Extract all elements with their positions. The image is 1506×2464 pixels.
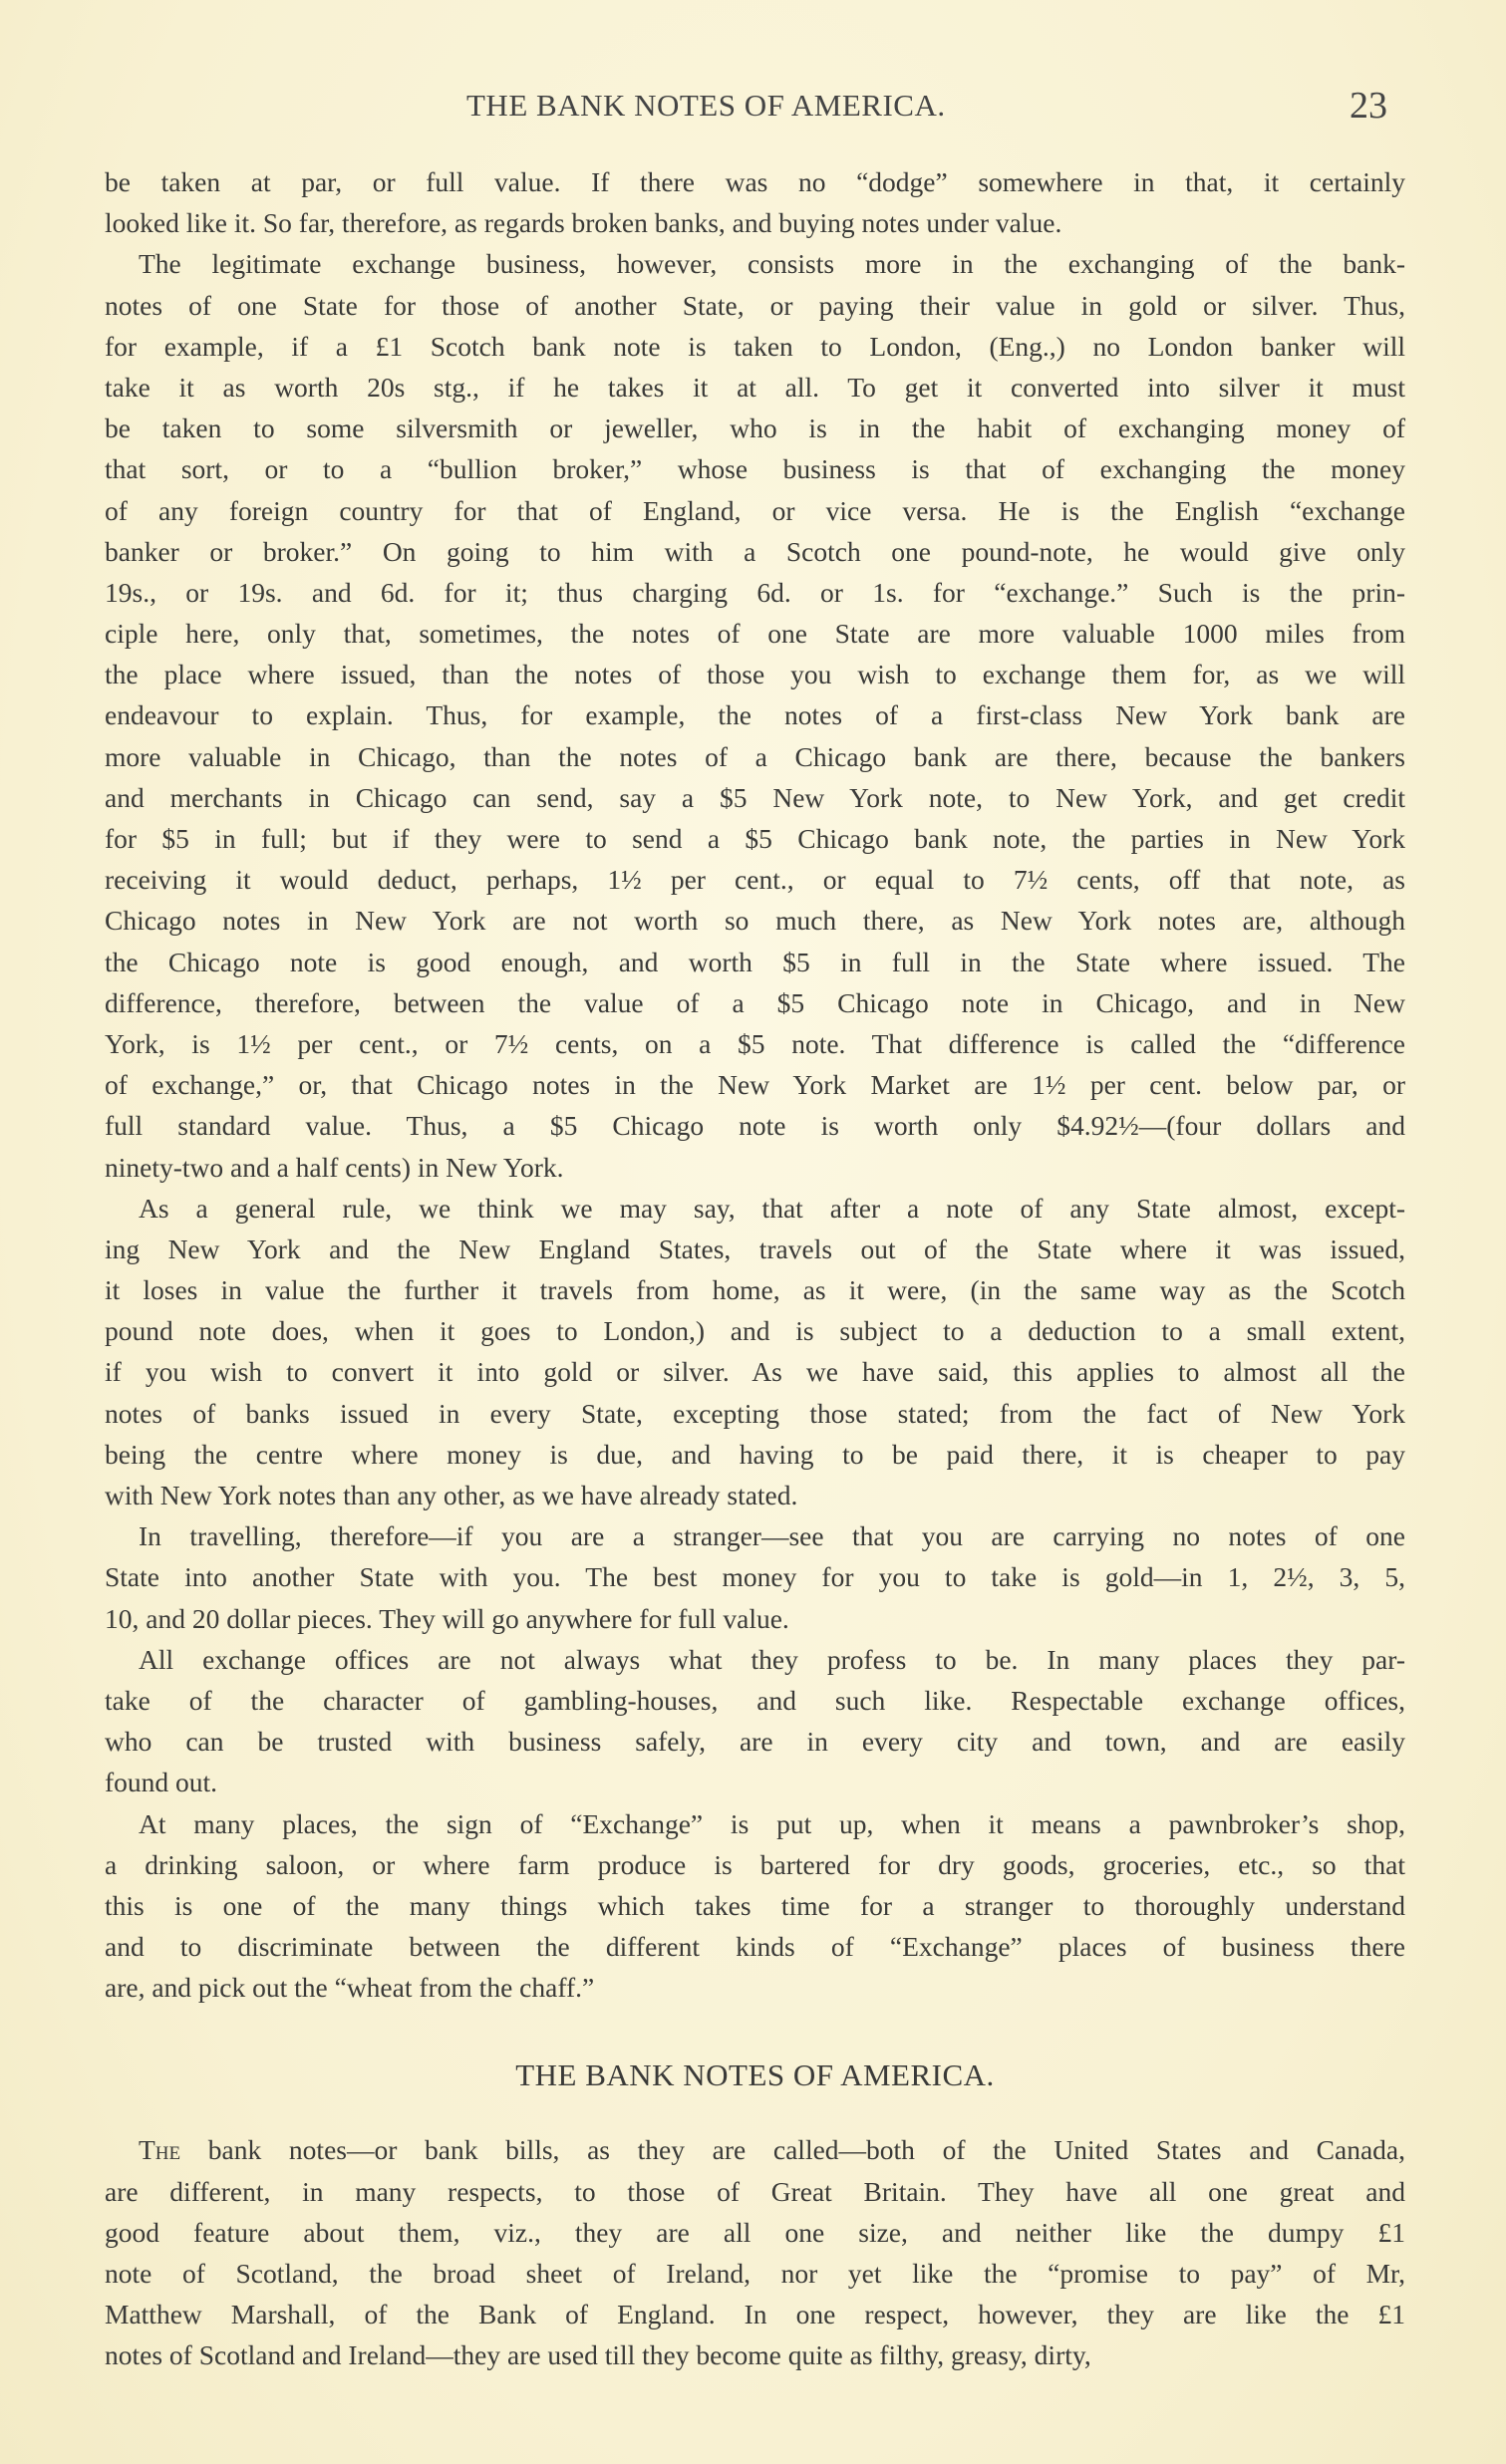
text-line: All exchange offices are not always what…	[105, 1639, 1405, 1680]
paragraph: At many places, the sign of “Exchange” i…	[105, 1803, 1405, 2009]
text-line: are, and pick out the “wheat from the ch…	[105, 1967, 1405, 2008]
text-line: more valuable in Chicago, than the notes…	[105, 736, 1405, 777]
paragraph: In travelling, therefore—if you are a st…	[105, 1515, 1405, 1639]
text-line: looked like it. So far, therefore, as re…	[105, 202, 1405, 243]
paragraph: As a general rule, we think we may say, …	[105, 1188, 1405, 1516]
text-line: that sort, or to a “bullion broker,” who…	[105, 448, 1405, 489]
text-line: found out.	[105, 1762, 1405, 1802]
text-line: The legitimate exchange business, howeve…	[105, 243, 1405, 284]
text-line: State into another State with you. The b…	[105, 1556, 1405, 1597]
paragraphs: be taken at par, or full value. If there…	[105, 161, 1405, 2008]
text-line: Chicago notes in New York are not worth …	[105, 900, 1405, 941]
running-head: THE BANK NOTES OF AMERICA. 23	[0, 88, 1506, 132]
text-line: full standard value. Thus, a $5 Chicago …	[105, 1105, 1405, 1146]
text-line: this is one of the many things which tak…	[105, 1885, 1405, 1926]
text-line: 19s., or 19s. and 6d. for it; thus charg…	[105, 572, 1405, 613]
text-line: and merchants in Chicago can send, say a…	[105, 777, 1405, 818]
text-line: notes of one State for those of another …	[105, 285, 1405, 326]
text-line: The bank notes—or bank bills, as they ar…	[105, 2129, 1405, 2170]
text-line: take of the character of gambling-houses…	[105, 1680, 1405, 1721]
text-line: At many places, the sign of “Exchange” i…	[105, 1803, 1405, 1844]
text-line: York, is 1½ per cent., or 7½ cents, on a…	[105, 1023, 1405, 1064]
paragraph: be taken at par, or full value. If there…	[105, 161, 1405, 243]
text-line: who can be trusted with business safely,…	[105, 1721, 1405, 1762]
text-line: be taken to some silversmith or jeweller…	[105, 408, 1405, 448]
text-line: note of Scotland, the broad sheet of Ire…	[105, 2253, 1405, 2294]
text-line: be taken at par, or full value. If there…	[105, 161, 1405, 202]
text-line: ninety-two and a half cents) in New York…	[105, 1147, 1405, 1188]
text-line: pound note does, when it goes to London,…	[105, 1310, 1405, 1351]
body-text: be taken at par, or full value. If there…	[105, 161, 1405, 2376]
text-line: take it as worth 20s stg., if he takes i…	[105, 367, 1405, 408]
text-line: and to discriminate between the differen…	[105, 1926, 1405, 1967]
paragraph: The legitimate exchange business, howeve…	[105, 243, 1405, 1187]
text-line: if you wish to convert it into gold or s…	[105, 1351, 1405, 1392]
text-line: the place where issued, than the notes o…	[105, 654, 1405, 694]
text-line: notes of Scotland and Ireland—they are u…	[105, 2334, 1405, 2375]
text-line: being the centre where money is due, and…	[105, 1434, 1405, 1475]
paragraph: All exchange offices are not always what…	[105, 1639, 1405, 1803]
section-paragraph: The bank notes—or bank bills, as they ar…	[105, 2129, 1405, 2375]
text-line: the Chicago note is good enough, and wor…	[105, 942, 1405, 982]
text-line: As a general rule, we think we may say, …	[105, 1188, 1405, 1229]
text-line: for $5 in full; but if they were to send…	[105, 818, 1405, 859]
section-heading: THE BANK NOTES OF AMERICA.	[105, 2055, 1405, 2095]
text-line: it loses in value the further it travels…	[105, 1269, 1405, 1310]
text-line: ciple here, only that, sometimes, the no…	[105, 613, 1405, 654]
text-line: notes of banks issued in every State, ex…	[105, 1393, 1405, 1434]
text-line: endeavour to explain. Thus, for example,…	[105, 694, 1405, 735]
text-line: are different, in many respects, to thos…	[105, 2171, 1405, 2212]
text-line: of exchange,” or, that Chicago notes in …	[105, 1064, 1405, 1105]
page-number: 23	[1350, 84, 1387, 128]
text-line: with New York notes than any other, as w…	[105, 1475, 1405, 1515]
text-line: a drinking saloon, or where farm produce…	[105, 1844, 1405, 1885]
text-line: good feature about them, viz., they are …	[105, 2212, 1405, 2253]
text-line: banker or broker.” On going to him with …	[105, 531, 1405, 572]
text-line: for example, if a £1 Scotch bank note is…	[105, 326, 1405, 367]
text-line: ing New York and the New England States,…	[105, 1229, 1405, 1269]
text-line: 10, and 20 dollar pieces. They will go a…	[105, 1598, 1405, 1639]
text-line: Matthew Marshall, of the Bank of England…	[105, 2294, 1405, 2334]
text-line: receiving it would deduct, perhaps, 1½ p…	[105, 859, 1405, 900]
running-title: THE BANK NOTES OF AMERICA.	[466, 88, 946, 124]
small-caps-first-word: The	[139, 2134, 180, 2165]
text-line: of any foreign country for that of Engla…	[105, 490, 1405, 531]
text-line: difference, therefore, between the value…	[105, 982, 1405, 1023]
text-line: In travelling, therefore—if you are a st…	[105, 1515, 1405, 1556]
